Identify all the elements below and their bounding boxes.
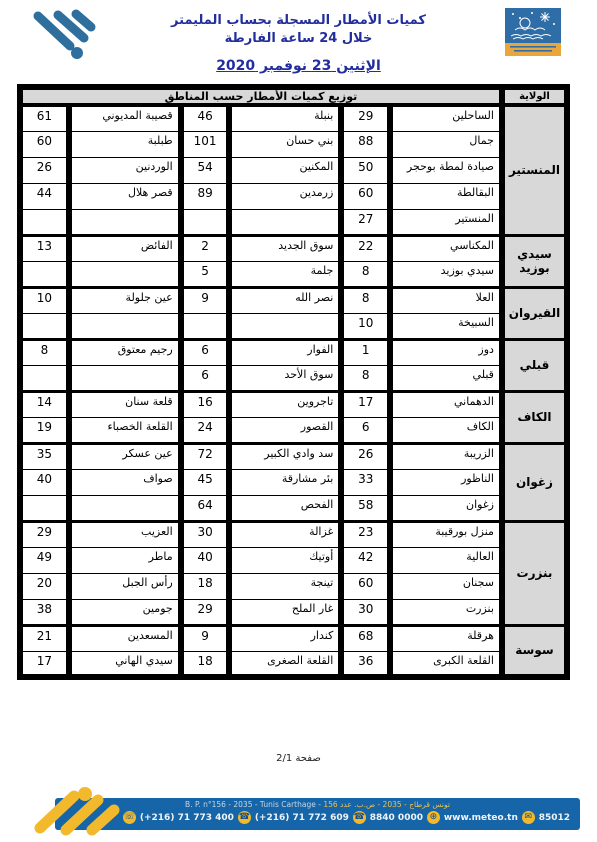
station-name-cell: هرقلة [390, 625, 502, 651]
rainfall-value-cell: 33 [341, 469, 390, 495]
rainfall-value-cell: 18 [181, 651, 230, 677]
rainfall-value-cell: 29 [341, 105, 390, 131]
rainfall-value-cell: 49 [20, 547, 69, 573]
footer-banner: B. P. n°156 - 2035 - Tunis Carthage - تو… [55, 798, 580, 830]
rainfall-value-cell [20, 209, 69, 235]
rainfall-value-cell: 61 [20, 105, 69, 131]
rainfall-value-cell: 6 [341, 417, 390, 443]
rainfall-value-cell: 35 [20, 443, 69, 469]
rainfall-value-cell: 26 [341, 443, 390, 469]
contact-value: 8840 0000 [370, 813, 423, 823]
rainfall-value-cell: 14 [20, 391, 69, 417]
station-name-cell: السبيخة [390, 313, 502, 339]
table-row: الكاف6القصور24القلعة الخصباء19 [20, 417, 567, 443]
rainfall-value-cell: 23 [341, 521, 390, 547]
rainfall-value-cell: 64 [181, 495, 230, 521]
station-name-cell [69, 261, 181, 287]
table-row: سيدي بوزيدالمكناسي22سوق الجديد2الفائض13 [20, 235, 567, 261]
rainfall-value-cell: 30 [181, 521, 230, 547]
address-latin: B. P. n°156 - 2035 - Tunis Carthage - [185, 800, 321, 809]
governorate-cell: بنزرت [502, 521, 567, 625]
rainfall-value-cell: 29 [20, 521, 69, 547]
rainfall-value-cell: 44 [20, 183, 69, 209]
rainfall-value-cell: 8 [20, 339, 69, 365]
station-name-cell: رجيم معتوق [69, 339, 181, 365]
rainfall-value-cell: 60 [341, 573, 390, 599]
contact-value: www.meteo.tn [444, 813, 518, 823]
phone-icon: ☎ [238, 811, 251, 824]
rainfall-value-cell: 45 [181, 469, 230, 495]
rainfall-value-cell: 1 [341, 339, 390, 365]
table-title: توزيع كميات الأمطار حسب المناطق [20, 87, 502, 105]
contact-value: (+216) 71 773 400 [140, 813, 234, 823]
station-name-cell [229, 209, 341, 235]
rainfall-value-cell: 54 [181, 157, 230, 183]
station-name-cell: سيدي الهاني [69, 651, 181, 677]
contact-item: ☎(+216) 71 772 609 [238, 811, 349, 824]
station-name-cell: البقالطة [390, 183, 502, 209]
station-name-cell: المسعدين [69, 625, 181, 651]
station-name-cell: قصيبة المديوني [69, 105, 181, 131]
station-name-cell: غزالة [229, 521, 341, 547]
station-name-cell: بئر مشارقة [229, 469, 341, 495]
station-name-cell: زغوان [390, 495, 502, 521]
rainfall-value-cell: 2 [181, 235, 230, 261]
station-name-cell: الكاف [390, 417, 502, 443]
station-name-cell: أوتيك [229, 547, 341, 573]
rainfall-value-cell: 18 [181, 573, 230, 599]
table-row: بنزرتمنزل بورقيبة23غزالة30العزيب29 [20, 521, 567, 547]
rainfall-value-cell [181, 209, 230, 235]
table-row: صيادة لمطة بوحجر50المكنين54الوردنين26 [20, 157, 567, 183]
governorate-cell: الكاف [502, 391, 567, 443]
rainfall-value-cell: 27 [341, 209, 390, 235]
rainfall-value-cell: 16 [181, 391, 230, 417]
governorate-cell: سيدي بوزيد [502, 235, 567, 287]
station-name-cell [229, 313, 341, 339]
rainfall-value-cell: 17 [20, 651, 69, 677]
rainfall-value-cell: 68 [341, 625, 390, 651]
table-row: زغوانالزريبة26سد وادي الكبير72عين عسكر35 [20, 443, 567, 469]
rainfall-value-cell: 19 [20, 417, 69, 443]
station-name-cell: سوق الأحد [229, 365, 341, 391]
sms-icon: ✉ [522, 811, 535, 824]
station-name-cell: القلعة الخصباء [69, 417, 181, 443]
rainfall-value-cell: 8 [341, 287, 390, 313]
table-row: السبيخة10 [20, 313, 567, 339]
station-name-cell: جلمة [229, 261, 341, 287]
rainfall-value-cell: 17 [341, 391, 390, 417]
rainfall-value-cell [20, 313, 69, 339]
station-name-cell: العالية [390, 547, 502, 573]
rainfall-value-cell: 9 [181, 287, 230, 313]
contact-value: (+216) 71 772 609 [255, 813, 349, 823]
contact-item: ⊕www.meteo.tn [427, 811, 518, 824]
table-row: البقالطة60زرمدين89قصر هلال44 [20, 183, 567, 209]
rainfall-value-cell: 60 [341, 183, 390, 209]
table-row: زغوان58الفحص64 [20, 495, 567, 521]
inm-emblem-icon [505, 8, 561, 56]
call-center-icon: ☎ [353, 811, 366, 824]
table-row: الكافالدهماني17تاجروين16قلعة سنان14 [20, 391, 567, 417]
rainfall-value-cell: 22 [341, 235, 390, 261]
inm-logo-yellow-icon [22, 784, 132, 838]
contact-item: ☏(+216) 71 773 400 [123, 811, 234, 824]
station-name-cell: الفائض [69, 235, 181, 261]
station-name-cell: جمال [390, 131, 502, 157]
rainfall-value-cell: 36 [341, 651, 390, 677]
station-name-cell: عين عسكر [69, 443, 181, 469]
station-name-cell: العلا [390, 287, 502, 313]
rainfall-value-cell [20, 261, 69, 287]
station-name-cell: زرمدين [229, 183, 341, 209]
table-row: جمال88بني حسان101طبلبة60 [20, 131, 567, 157]
rainfall-value-cell: 9 [181, 625, 230, 651]
station-name-cell: تينجة [229, 573, 341, 599]
rainfall-value-cell: 5 [181, 261, 230, 287]
station-name-cell: سد وادي الكبير [229, 443, 341, 469]
station-name-cell: عين جلولة [69, 287, 181, 313]
rainfall-value-cell: 8 [341, 261, 390, 287]
table-row: قبليدوز1الفوار6رجيم معتوق8 [20, 339, 567, 365]
report-date: الإثنين 23 نوفمبر 2020 [0, 58, 597, 74]
rainfall-value-cell [181, 313, 230, 339]
governorate-cell: قبلي [502, 339, 567, 391]
rainfall-value-cell: 40 [20, 469, 69, 495]
document-page: كميات الأمطار المسجلة بحساب المليمتر خلا… [0, 0, 597, 842]
station-name-cell: صواف [69, 469, 181, 495]
station-name-cell: الدهماني [390, 391, 502, 417]
station-name-cell: الفحص [229, 495, 341, 521]
station-name-cell: سجنان [390, 573, 502, 599]
station-name-cell: نصر الله [229, 287, 341, 313]
station-name-cell [69, 209, 181, 235]
station-name-cell: القصور [229, 417, 341, 443]
rainfall-value-cell: 29 [181, 599, 230, 625]
station-name-cell: القلعة الكبرى [390, 651, 502, 677]
station-name-cell: قصر هلال [69, 183, 181, 209]
station-name-cell: الناظور [390, 469, 502, 495]
rainfall-value-cell: 6 [181, 339, 230, 365]
rainfall-value-cell: 13 [20, 235, 69, 261]
rainfall-value-cell [20, 365, 69, 391]
page-number: صفحة 2/1 [0, 753, 597, 764]
contact-item: ✉85012 [522, 811, 570, 824]
rainfall-value-cell: 50 [341, 157, 390, 183]
rain-table-body: المنستيرالساحلين29بنبلة46قصيبة المديوني6… [20, 105, 567, 677]
station-name-cell: جومين [69, 599, 181, 625]
table-row: القيروانالعلا8نصر الله9عين جلولة10 [20, 287, 567, 313]
station-name-cell: بنزرت [390, 599, 502, 625]
governorate-cell: زغوان [502, 443, 567, 521]
station-name-cell: قبلي [390, 365, 502, 391]
rainfall-value-cell: 8 [341, 365, 390, 391]
rainfall-value-cell: 58 [341, 495, 390, 521]
rainfall-value-cell: 72 [181, 443, 230, 469]
station-name-cell [69, 313, 181, 339]
station-name-cell: قلعة سنان [69, 391, 181, 417]
address-arabic: تونس قرطاج - 2035 - ص.ب. عدد 156 [323, 800, 450, 809]
station-name-cell: المكناسي [390, 235, 502, 261]
station-name-cell: طبلبة [69, 131, 181, 157]
address-line: B. P. n°156 - 2035 - Tunis Carthage - تو… [55, 798, 580, 809]
station-name-cell: بنبلة [229, 105, 341, 131]
rainfall-value-cell: 10 [341, 313, 390, 339]
table-row: المنستيرالساحلين29بنبلة46قصيبة المديوني6… [20, 105, 567, 131]
table-row: الناظور33بئر مشارقة45صواف40 [20, 469, 567, 495]
station-name-cell: الساحلين [390, 105, 502, 131]
rainfall-value-cell: 89 [181, 183, 230, 209]
table-row: القلعة الكبرى36القلعة الصغرى18سيدي الهان… [20, 651, 567, 677]
station-name-cell: رأس الجبل [69, 573, 181, 599]
governorate-column-header: الولاية [502, 87, 567, 105]
station-name-cell: ماطر [69, 547, 181, 573]
rainfall-value-cell: 6 [181, 365, 230, 391]
station-name-cell: دوز [390, 339, 502, 365]
table-row: سجنان60تينجة18رأس الجبل20 [20, 573, 567, 599]
station-name-cell: القلعة الصغرى [229, 651, 341, 677]
rainfall-value-cell: 21 [20, 625, 69, 651]
table-row: سيدي بوزيد8جلمة5 [20, 261, 567, 287]
rainfall-value-cell: 101 [181, 131, 230, 157]
governorate-cell: المنستير [502, 105, 567, 235]
rainfall-value-cell: 42 [341, 547, 390, 573]
station-name-cell: غار الملح [229, 599, 341, 625]
station-name-cell: المنستير [390, 209, 502, 235]
station-name-cell: سيدي بوزيد [390, 261, 502, 287]
rainfall-value-cell: 26 [20, 157, 69, 183]
logo-dot [78, 787, 92, 801]
station-name-cell [69, 365, 181, 391]
table-header-row: الولاية توزيع كميات الأمطار حسب المناطق [20, 87, 567, 105]
rainfall-value-cell: 46 [181, 105, 230, 131]
rainfall-value-cell: 38 [20, 599, 69, 625]
station-name-cell: صيادة لمطة بوحجر [390, 157, 502, 183]
governorate-cell: القيروان [502, 287, 567, 339]
rainfall-value-cell: 60 [20, 131, 69, 157]
rainfall-value-cell: 10 [20, 287, 69, 313]
station-name-cell: المكنين [229, 157, 341, 183]
station-name-cell [69, 495, 181, 521]
rainfall-table: الولاية توزيع كميات الأمطار حسب المناطق … [17, 84, 570, 680]
rainfall-value-cell: 30 [341, 599, 390, 625]
station-name-cell: الفوار [229, 339, 341, 365]
station-name-cell: تاجروين [229, 391, 341, 417]
rainfall-value-cell: 24 [181, 417, 230, 443]
table-row: قبلي8سوق الأحد6 [20, 365, 567, 391]
rainfall-value-cell: 40 [181, 547, 230, 573]
contact-row: ☏(+216) 71 773 400☎(+216) 71 772 609☎884… [55, 809, 580, 824]
station-name-cell: العزيب [69, 521, 181, 547]
station-name-cell: كندار [229, 625, 341, 651]
station-name-cell: الوردنين [69, 157, 181, 183]
table-row: سوسةهرقلة68كندار9المسعدين21 [20, 625, 567, 651]
station-name-cell: الزريبة [390, 443, 502, 469]
website-icon: ⊕ [427, 811, 440, 824]
table-row: المنستير27 [20, 209, 567, 235]
rainfall-value-cell [20, 495, 69, 521]
table-row: العالية42أوتيك40ماطر49 [20, 547, 567, 573]
station-name-cell: منزل بورقيبة [390, 521, 502, 547]
rainfall-value-cell: 88 [341, 131, 390, 157]
table-row: بنزرت30غار الملح29جومين38 [20, 599, 567, 625]
station-name-cell: بني حسان [229, 131, 341, 157]
rainfall-value-cell: 20 [20, 573, 69, 599]
governorate-cell: سوسة [502, 625, 567, 677]
contact-value: 85012 [539, 813, 570, 823]
contact-item: ☎8840 0000 [353, 811, 423, 824]
station-name-cell: سوق الجديد [229, 235, 341, 261]
